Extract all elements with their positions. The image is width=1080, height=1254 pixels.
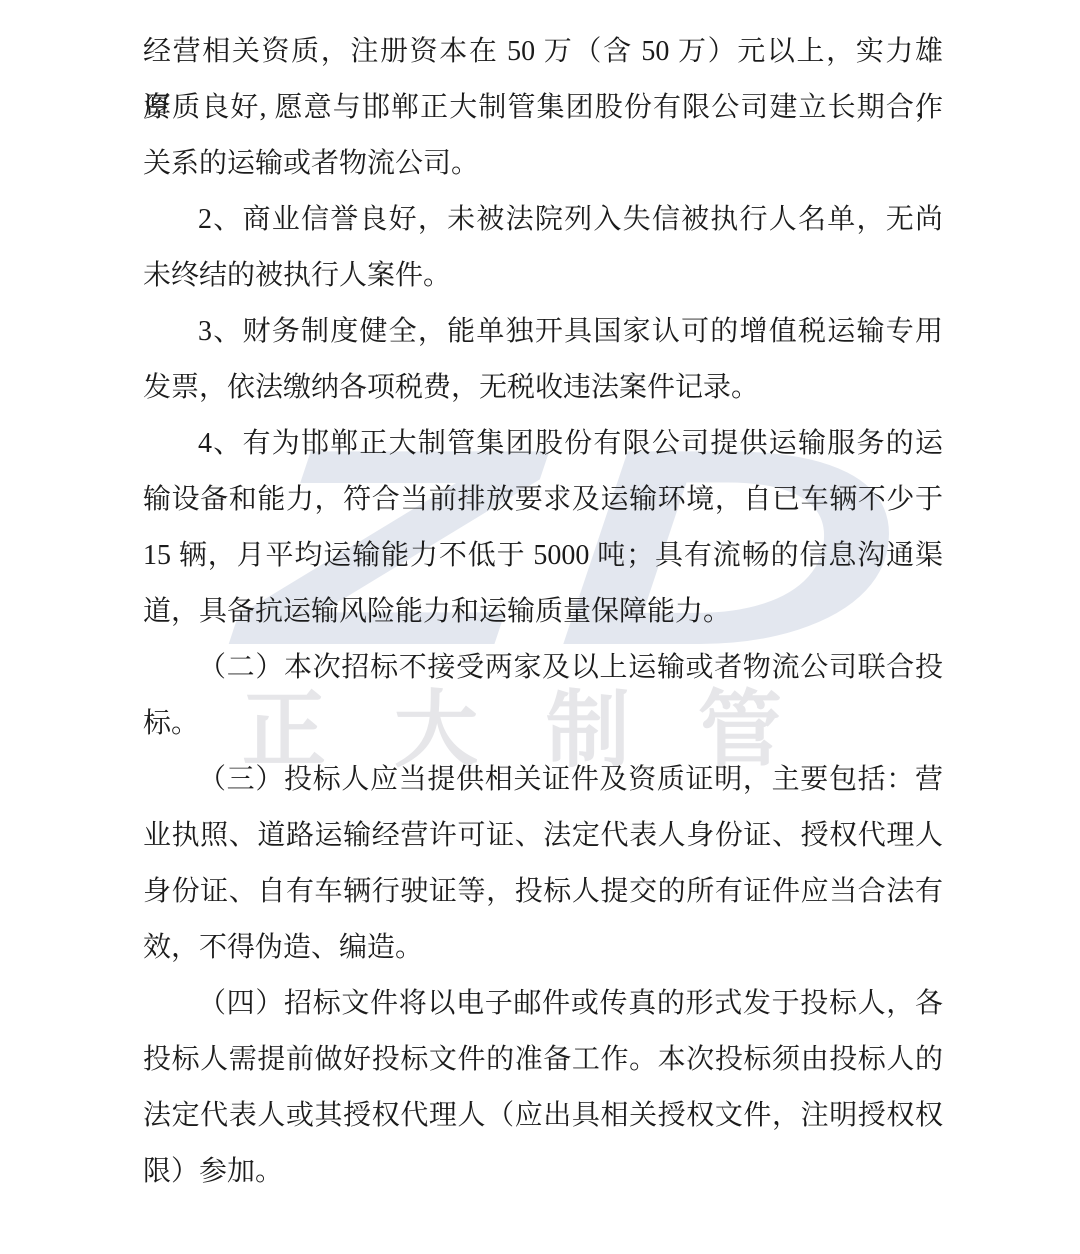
document-line: 未终结的被执行人案件。 — [143, 248, 943, 304]
document-line: 经营相关资质，注册资本在 50 万（含 50 万）元以上，实力雄厚， — [143, 24, 943, 80]
document-line: 限）参加。 — [143, 1144, 943, 1200]
document-line: 2、商业信誉良好，未被法院列入失信被执行人名单，无尚 — [143, 192, 943, 248]
document-line: 道，具备抗运输风险能力和运输质量保障能力。 — [143, 584, 943, 640]
document-line: 关系的运输或者物流公司。 — [143, 136, 943, 192]
document-line: 资质良好, 愿意与邯郸正大制管集团股份有限公司建立长期合作 — [143, 80, 943, 136]
document-page: ZD 正大制管 经营相关资质，注册资本在 50 万（含 50 万）元以上，实力雄… — [0, 0, 1080, 1254]
document-line: 发票，依法缴纳各项税费，无税收违法案件记录。 — [143, 360, 943, 416]
document-line: 效，不得伪造、编造。 — [143, 920, 943, 976]
document-line: 投标人需提前做好投标文件的准备工作。本次投标须由投标人的 — [143, 1032, 943, 1088]
document-line: （二）本次招标不接受两家及以上运输或者物流公司联合投 — [143, 640, 943, 696]
document-line: 输设备和能力，符合当前排放要求及运输环境，自已车辆不少于 — [143, 472, 943, 528]
document-line: 标。 — [143, 696, 943, 752]
document-line: 业执照、道路运输经营许可证、法定代表人身份证、授权代理人 — [143, 808, 943, 864]
document-line: 3、财务制度健全，能单独开具国家认可的增值税运输专用 — [143, 304, 943, 360]
document-line: （三）投标人应当提供相关证件及资质证明，主要包括：营 — [143, 752, 943, 808]
document-body: 经营相关资质，注册资本在 50 万（含 50 万）元以上，实力雄厚，资质良好, … — [143, 24, 943, 1200]
document-line: 身份证、自有车辆行驶证等，投标人提交的所有证件应当合法有 — [143, 864, 943, 920]
document-line: 4、有为邯郸正大制管集团股份有限公司提供运输服务的运 — [143, 416, 943, 472]
document-line: 法定代表人或其授权代理人（应出具相关授权文件，注明授权权 — [143, 1088, 943, 1144]
document-line: 15 辆，月平均运输能力不低于 5000 吨；具有流畅的信息沟通渠 — [143, 528, 943, 584]
document-line: （四）招标文件将以电子邮件或传真的形式发于投标人，各 — [143, 976, 943, 1032]
